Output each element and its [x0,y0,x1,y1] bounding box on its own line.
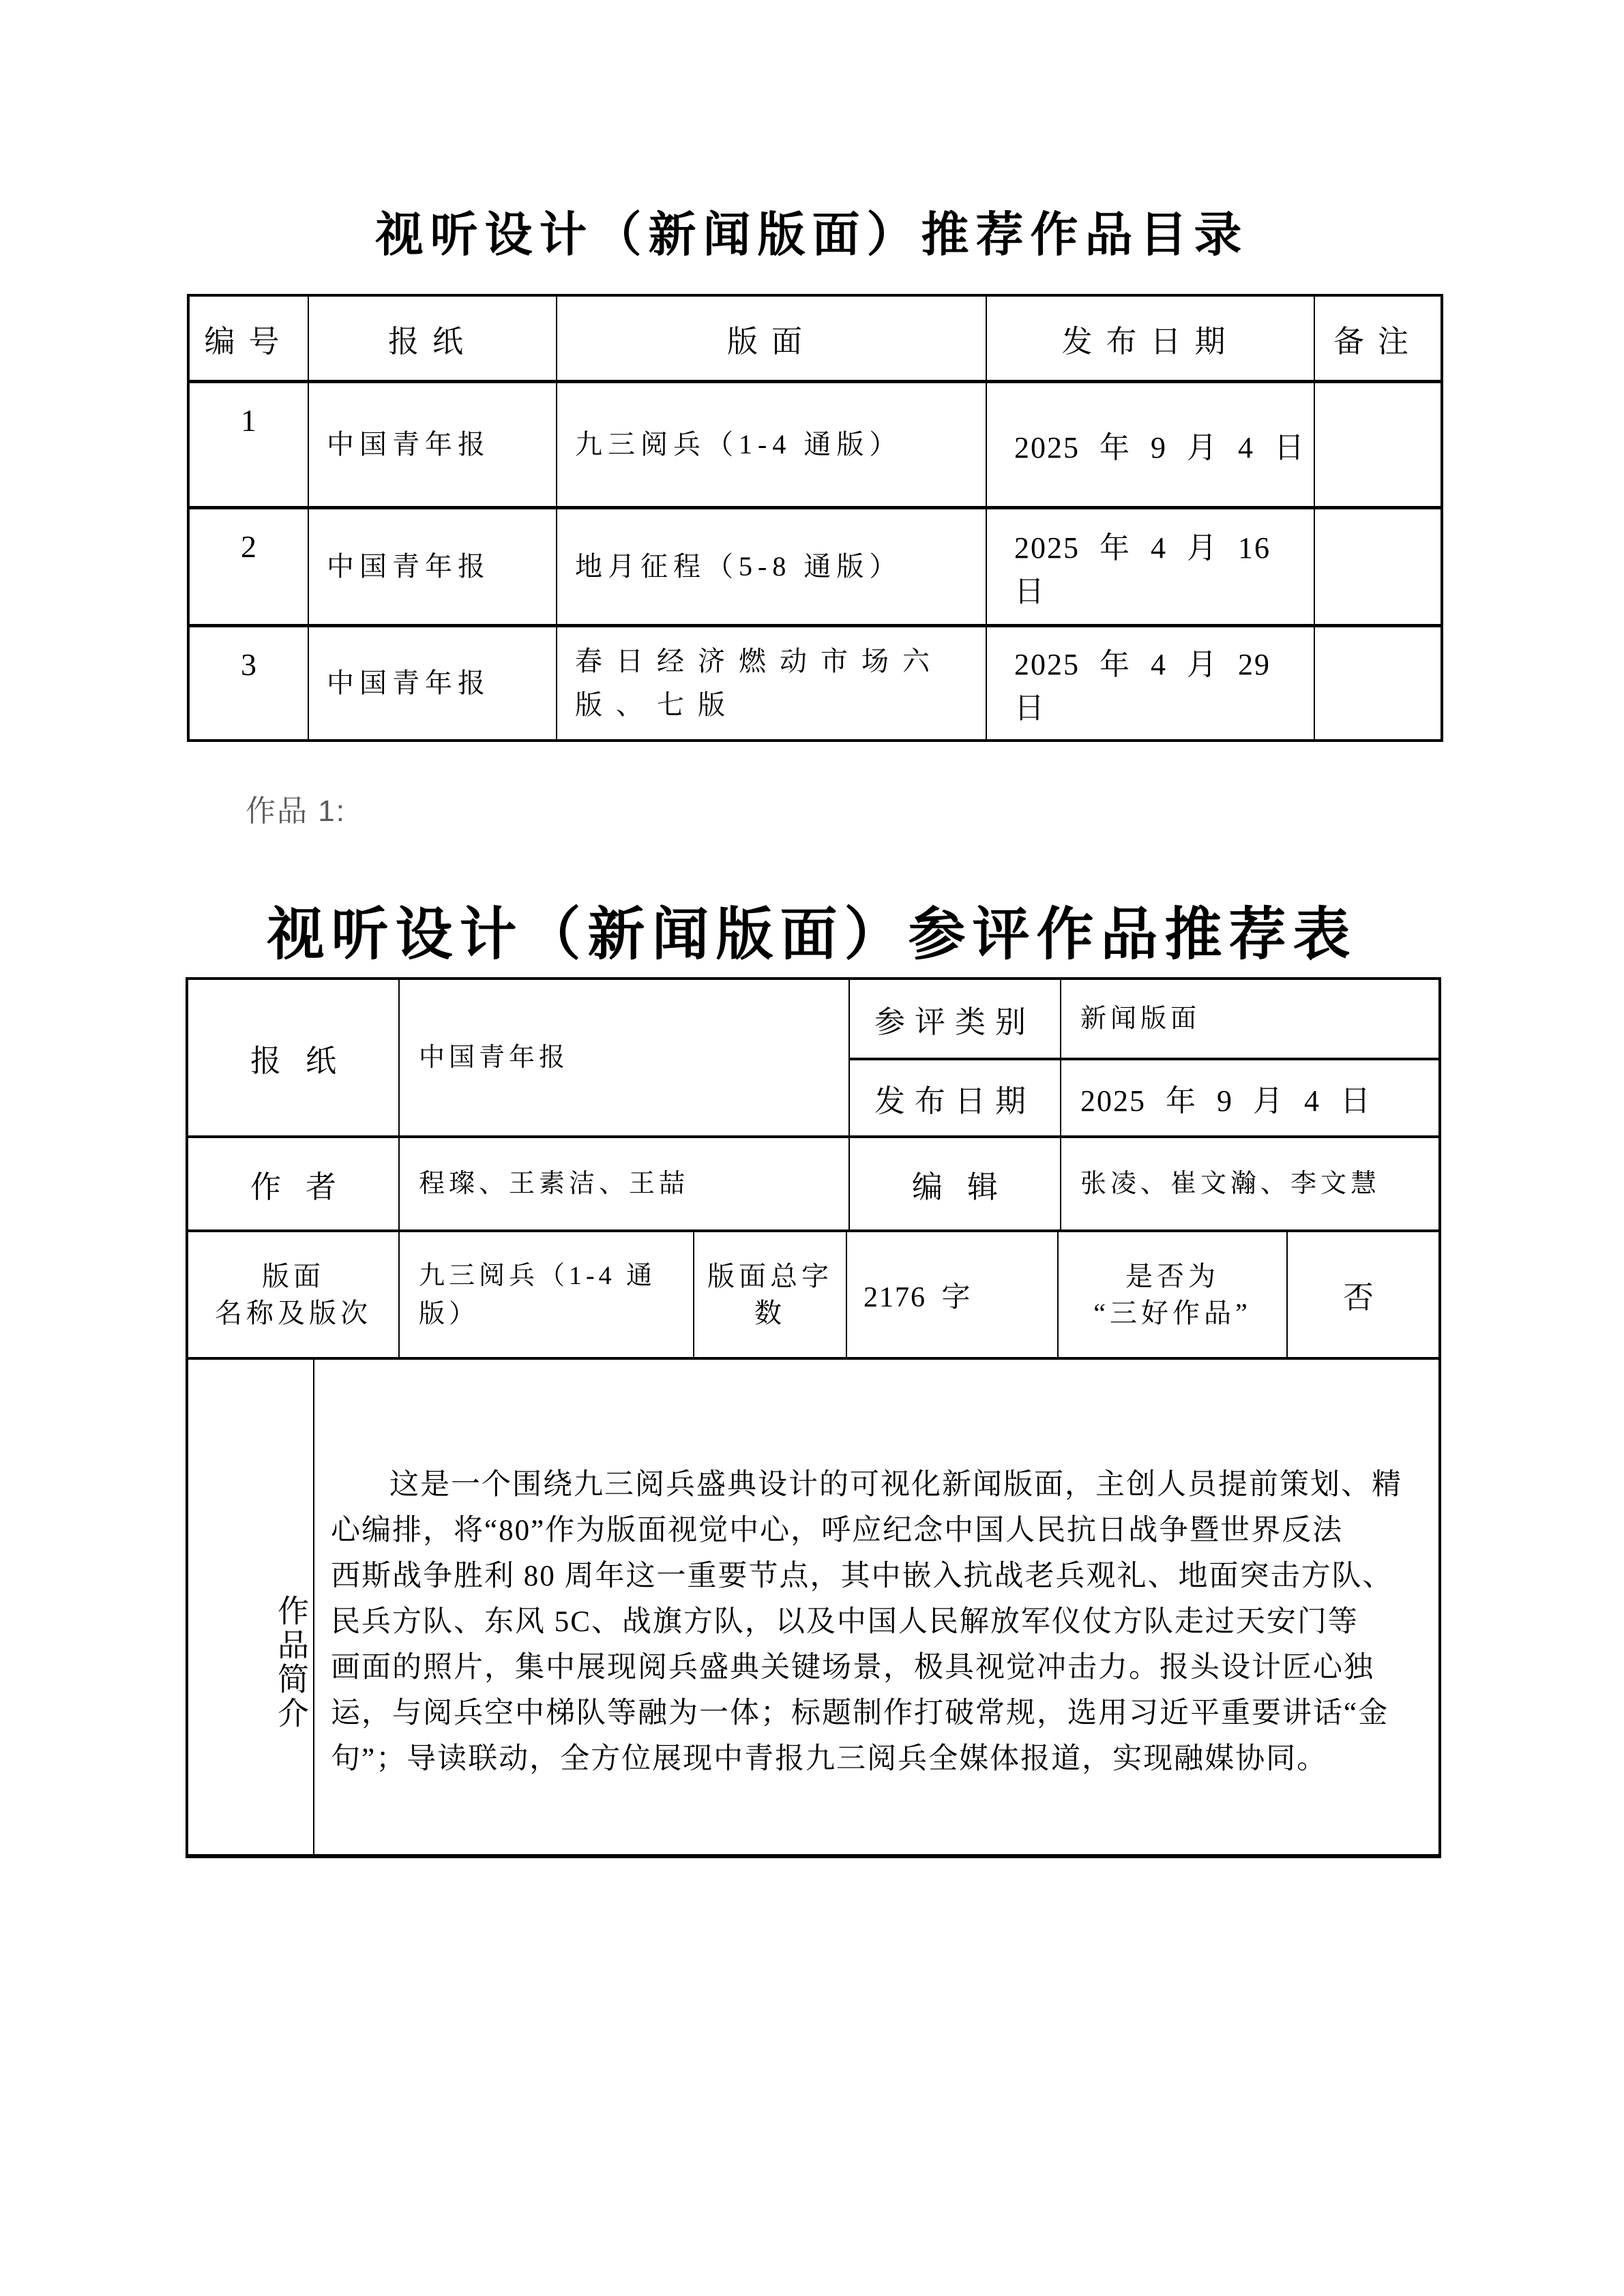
layout-name-value: 九三阅兵（1-4 通版） [400,1232,694,1357]
intro-text: 这是一个围绕九三阅兵盛典设计的可视化新闻版面，主创人员提前策划、精 心编排，将“… [314,1360,1438,1854]
word-count-value: 2176 字 [847,1232,1059,1357]
column-header-date: 发布日期 [987,297,1315,380]
row-paper: 中国青年报 [309,383,557,506]
editor-value: 张凌、崔文瀚、李文慧 [1061,1138,1438,1229]
paper-value: 中国青年报 [400,980,850,1135]
row-paper: 中国青年报 [309,627,557,739]
publish-date-label: 发布日期 [850,1060,1061,1135]
row-paper: 中国青年报 [309,509,557,624]
category-value: 新闻版面 [1061,980,1438,1058]
author-value: 程璨、王素洁、王喆 [400,1138,850,1229]
table-row: 2 中国青年报 地月征程（5-8 通版） 2025 年 4 月 16 日 [190,509,1441,627]
document-page: 视听设计（新闻版面）推荐作品目录 编号 报纸 版面 发布日期 备注 1 中国青年… [0,0,1624,2296]
row-no: 3 [190,627,309,739]
column-header-no: 编号 [190,297,309,380]
intro-label: 作品简介 [188,1360,314,1854]
layout-name-label: 版面 名称及版次 [188,1232,400,1357]
column-header-paper: 报纸 [309,297,557,380]
entry-form-title: 视听设计（新闻版面）参评作品推荐表 [0,899,1624,970]
work-index-label: 作品 1: [246,791,346,832]
word-count-label: 版面总字 数 [694,1232,847,1357]
row-date: 2025 年 4 月 29 日 [987,627,1315,739]
form-row-paper: 报纸 中国青年报 参评类别 新闻版面 发布日期 2025 年 9 月 4 日 [188,980,1438,1138]
form-subrow-date: 发布日期 2025 年 9 月 4 日 [850,1060,1438,1135]
form-row-intro: 作品简介 这是一个围绕九三阅兵盛典设计的可视化新闻版面，主创人员提前策划、精 心… [188,1360,1438,1854]
category-label: 参评类别 [850,980,1061,1058]
three-good-label: 是否为 “三好作品” [1059,1232,1288,1357]
publish-date-value: 2025 年 9 月 4 日 [1061,1060,1438,1135]
catalog-title: 视听设计（新闻版面）推荐作品目录 [0,202,1624,267]
column-header-note: 备注 [1315,297,1441,380]
three-good-value: 否 [1288,1232,1438,1357]
catalog-header-row: 编号 报纸 版面 发布日期 备注 [190,297,1441,383]
paper-label: 报纸 [188,980,400,1135]
row-no: 1 [190,383,309,506]
row-note [1315,383,1441,506]
entry-form-table: 报纸 中国青年报 参评类别 新闻版面 发布日期 2025 年 9 月 4 日 作… [186,977,1441,1858]
row-date: 2025 年 4 月 16 日 [987,509,1315,624]
form-row-category-date: 参评类别 新闻版面 发布日期 2025 年 9 月 4 日 [850,980,1438,1135]
table-row: 1 中国青年报 九三阅兵（1-4 通版） 2025 年 9 月 4 日 [190,383,1441,509]
row-note [1315,509,1441,624]
editor-label: 编辑 [850,1138,1061,1229]
form-row-author-editor: 作者 程璨、王素洁、王喆 编辑 张凌、崔文瀚、李文慧 [188,1138,1438,1232]
row-note [1315,627,1441,739]
catalog-table: 编号 报纸 版面 发布日期 备注 1 中国青年报 九三阅兵（1-4 通版） 20… [187,294,1443,742]
column-header-layout: 版面 [557,297,987,380]
row-no: 2 [190,509,309,624]
row-date: 2025 年 9 月 4 日 [987,383,1315,506]
form-row-layout-info: 版面 名称及版次 九三阅兵（1-4 通版） 版面总字 数 2176 字 是否为 … [188,1232,1438,1360]
row-layout: 九三阅兵（1-4 通版） [557,383,987,506]
row-layout: 春日经济燃动市场六版、七版 [557,627,987,739]
table-row: 3 中国青年报 春日经济燃动市场六版、七版 2025 年 4 月 29 日 [190,627,1441,739]
form-subrow-category: 参评类别 新闻版面 [850,980,1438,1060]
row-layout: 地月征程（5-8 通版） [557,509,987,624]
author-label: 作者 [188,1138,400,1229]
